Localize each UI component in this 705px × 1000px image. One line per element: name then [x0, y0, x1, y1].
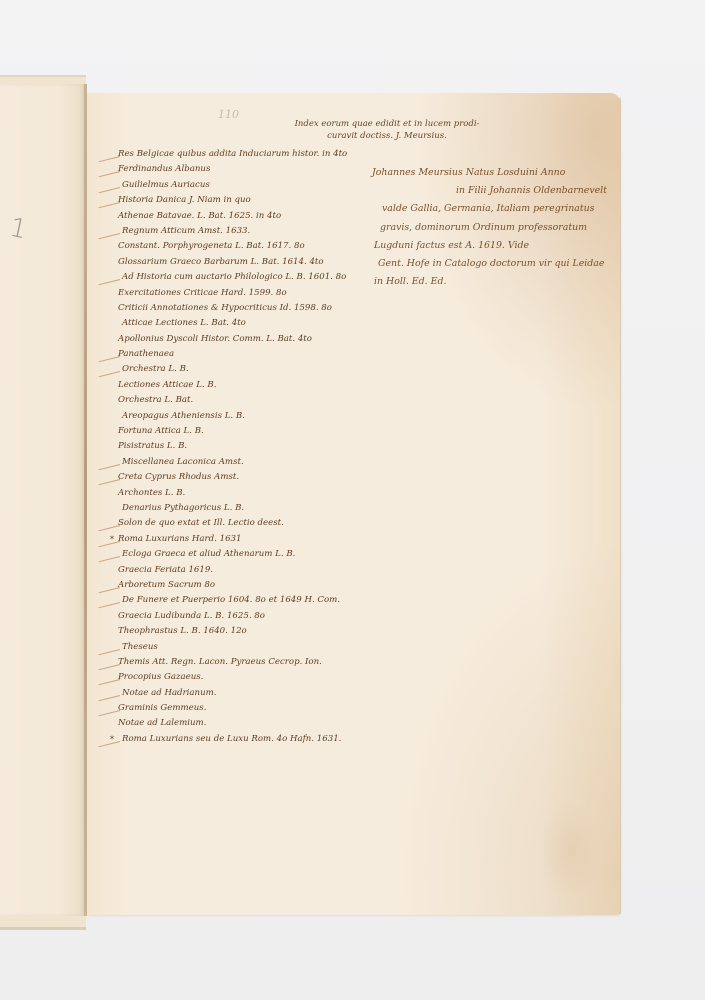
index-entry: Arboretum Sacrum 8o — [118, 578, 378, 593]
heading-line: Index eorum quae edidit et in lucem prod… — [272, 118, 502, 130]
entry-text: Ad Historia cum auctario Philologico L. … — [122, 272, 346, 282]
index-entry: Miscellanea Laconica Amst. — [118, 455, 378, 470]
index-entry: Apollonius Dyscoli Histor. Comm. L. Bat.… — [118, 332, 378, 347]
entry-text: Athenae Batavae. L. Bat. 1625. in 4to — [118, 211, 281, 221]
side-note-line: Gent. Hofe in Catalogo doctorum vir qui … — [372, 255, 617, 273]
page-heading: Index eorum quae edidit et in lucem prod… — [272, 118, 502, 142]
entry-text: Ecloga Graeca et aliud Athenarum L. B. — [122, 549, 295, 559]
index-entry: Ferdinandus Albanus — [118, 162, 378, 177]
entry-text: Roma Luxurians Hard. 1631 — [118, 534, 242, 544]
side-note-line: Lugduni factus est A. 1619. Vide — [372, 237, 617, 255]
index-entry: Theophrastus L. B. 1640. 12o — [118, 624, 378, 639]
entry-text: Ferdinandus Albanus — [118, 164, 210, 174]
entry-text: Guilielmus Auriacus — [122, 180, 210, 190]
entry-text: Procopius Gazaeus. — [118, 672, 203, 682]
index-entry: Guilielmus Auriacus — [118, 178, 378, 193]
index-entry: *Roma Luxurians Hard. 1631 — [118, 532, 378, 547]
entry-text: Panathenaea — [118, 349, 174, 359]
index-entry: Solon de quo extat et Ill. Lectio deest. — [118, 516, 378, 531]
side-note-line: valde Gallia, Germania, Italiam peregrin… — [372, 200, 617, 218]
entry-text: Solon de quo extat et Ill. Lectio deest. — [118, 518, 284, 528]
entry-text: Miscellanea Laconica Amst. — [122, 457, 244, 467]
index-entry: Theseus — [118, 640, 378, 655]
entry-text: Graecia Feriata 1619. — [118, 565, 213, 575]
index-entry: Areopagus Atheniensis L. B. — [118, 409, 378, 424]
left-margin-mark: 1 — [7, 213, 29, 246]
entry-text: Pisistratus L. B. — [118, 441, 187, 451]
entry-text: Denarius Pythagoricus L. B. — [122, 503, 244, 513]
entry-text: Roma Luxurians seu de Luxu Rom. 4o Hafn.… — [122, 734, 341, 744]
index-entry: Denarius Pythagoricus L. B. — [118, 501, 378, 516]
entry-text: Graecia Ludibunda L. B. 1625. 8o — [118, 611, 265, 621]
entry-text: Notae ad Lalemium. — [118, 718, 206, 728]
index-entry: Archontes L. B. — [118, 486, 378, 501]
entry-text: Criticii Annotationes & Hypocriticus Id.… — [118, 303, 332, 313]
entry-text: Arboretum Sacrum 8o — [118, 580, 215, 590]
heading-line: curavit doctiss. J. Meursius. — [272, 130, 502, 142]
index-entry: Exercitationes Criticae Hard. 1599. 8o — [118, 286, 378, 301]
entry-text: Archontes L. B. — [118, 488, 185, 498]
index-entry: Panathenaea — [118, 347, 378, 362]
entry-text: Graminis Gemmeus. — [118, 703, 206, 713]
index-entry: Regnum Atticum Amst. 1633. — [118, 224, 378, 239]
entry-text: Glossarium Graeco Barbarum L. Bat. 1614.… — [118, 257, 324, 267]
index-entry: Notae ad Lalemium. — [118, 716, 378, 731]
entry-text: Theseus — [122, 642, 158, 652]
index-entry: Themis Att. Regn. Lacon. Pyraeus Cecrop.… — [118, 655, 378, 670]
entry-text: Exercitationes Criticae Hard. 1599. 8o — [118, 288, 287, 298]
entry-text: Fortuna Attica L. B. — [118, 426, 204, 436]
left-page: 1 — [0, 84, 84, 916]
index-entries-list: Res Belgicae quibus addita Induciarum hi… — [118, 147, 378, 747]
entry-text: Orchestra L. Bat. — [118, 395, 193, 405]
index-entry: Orchestra L. Bat. — [118, 393, 378, 408]
entry-text: De Funere et Puerperio 1604. 8o et 1649 … — [122, 595, 340, 605]
index-entry: Graecia Feriata 1619. — [118, 563, 378, 578]
index-entry: *Roma Luxurians seu de Luxu Rom. 4o Hafn… — [118, 732, 378, 747]
entry-text: Historia Danica J. Niam in quo — [118, 195, 251, 205]
index-entry: Historia Danica J. Niam in quo — [118, 193, 378, 208]
entry-text: Res Belgicae quibus addita Induciarum hi… — [118, 149, 347, 159]
index-entry: Atticae Lectiones L. Bat. 4to — [118, 316, 378, 331]
side-note-line: gravis, dominorum Ordinum professoratum — [372, 219, 617, 237]
index-entry: Lectiones Atticae L. B. — [118, 378, 378, 393]
index-entry: Procopius Gazaeus. — [118, 670, 378, 685]
entry-text: Creta Cyprus Rhodus Amst. — [118, 472, 239, 482]
index-entry: Ecloga Graeca et aliud Athenarum L. B. — [118, 547, 378, 562]
entry-text: Theophrastus L. B. 1640. 12o — [118, 626, 247, 636]
entry-text: Themis Att. Regn. Lacon. Pyraeus Cecrop.… — [118, 657, 322, 667]
entry-text: Apollonius Dyscoli Histor. Comm. L. Bat.… — [118, 334, 312, 344]
entry-text: Areopagus Atheniensis L. B. — [122, 411, 245, 421]
index-entry: Creta Cyprus Rhodus Amst. — [118, 470, 378, 485]
index-entry: Criticii Annotationes & Hypocriticus Id.… — [118, 301, 378, 316]
side-note: Johannes Meursius Natus Losduini Annoin … — [372, 164, 617, 291]
index-entry: Graminis Gemmeus. — [118, 701, 378, 716]
side-note-line: in Filii Johannis Oldenbarnevelt — [372, 182, 617, 200]
index-entry: Orchestra L. B. — [118, 362, 378, 377]
folio-number: 110 — [218, 108, 239, 121]
entry-text: Regnum Atticum Amst. 1633. — [122, 226, 250, 236]
asterisk-icon: * — [110, 532, 114, 547]
entry-text: Notae ad Hadrianum. — [122, 688, 217, 698]
side-note-line: Johannes Meursius Natus Losduini Anno — [372, 164, 617, 182]
index-entry: Glossarium Graeco Barbarum L. Bat. 1614.… — [118, 255, 378, 270]
index-entry: Athenae Batavae. L. Bat. 1625. in 4to — [118, 209, 378, 224]
entry-text: Constant. Porphyrogeneta L. Bat. 1617. 8… — [118, 241, 305, 251]
index-entry: Graecia Ludibunda L. B. 1625. 8o — [118, 609, 378, 624]
entry-text: Lectiones Atticae L. B. — [118, 380, 216, 390]
paper-stain — [540, 800, 600, 900]
index-entry: Constant. Porphyrogeneta L. Bat. 1617. 8… — [118, 239, 378, 254]
asterisk-icon: * — [110, 732, 114, 747]
index-entry: Ad Historia cum auctario Philologico L. … — [118, 270, 378, 285]
index-entry: De Funere et Puerperio 1604. 8o et 1649 … — [118, 593, 378, 608]
index-entry: Notae ad Hadrianum. — [118, 686, 378, 701]
index-entry: Pisistratus L. B. — [118, 439, 378, 454]
entry-text: Orchestra L. B. — [122, 364, 189, 374]
entry-text: Atticae Lectiones L. Bat. 4to — [122, 318, 246, 328]
index-entry: Fortuna Attica L. B. — [118, 424, 378, 439]
side-note-line: in Holl. Ed. Ed. — [372, 273, 617, 291]
index-entry: Res Belgicae quibus addita Induciarum hi… — [118, 147, 378, 162]
